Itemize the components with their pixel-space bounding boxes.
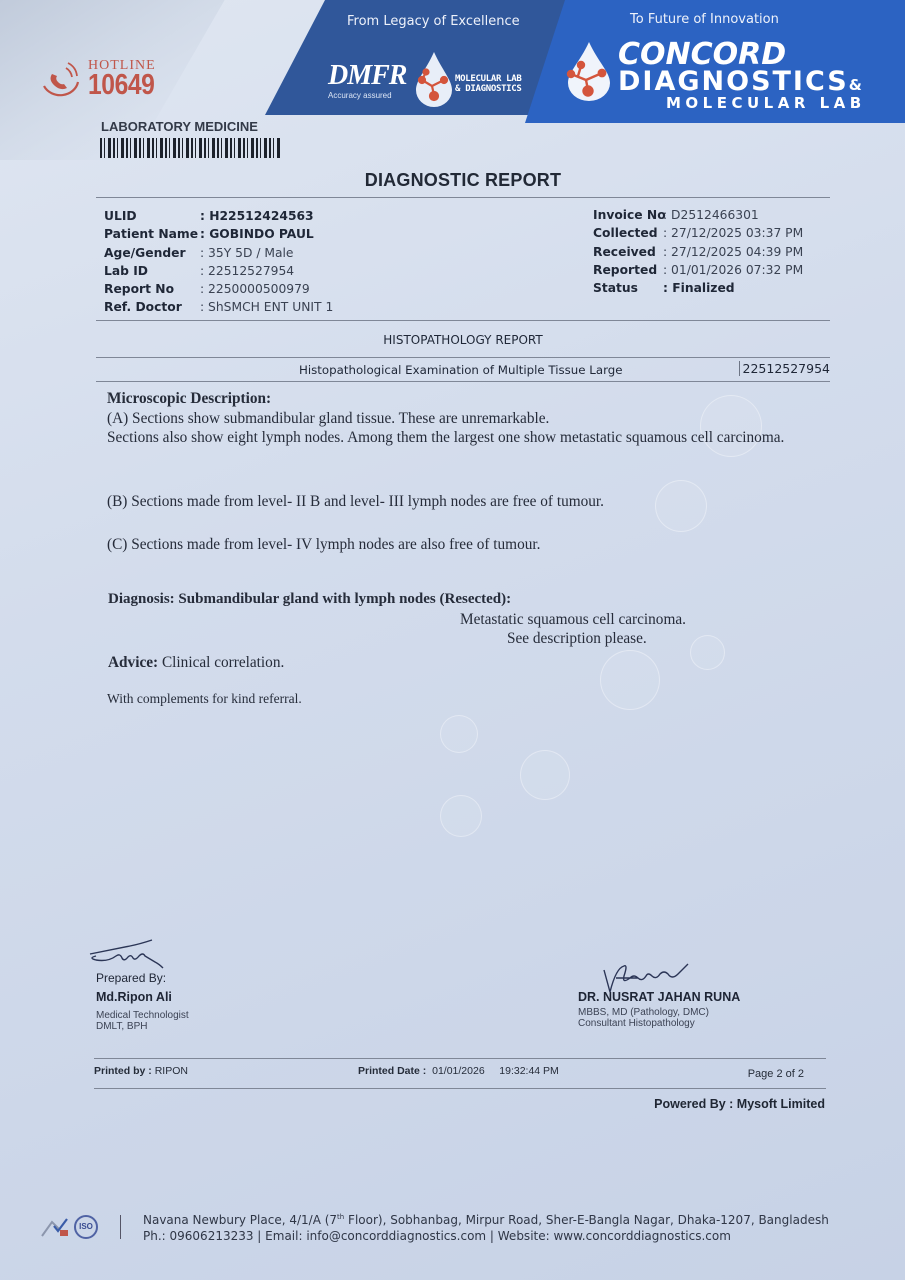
info-value: : ShSMCH ENT UNIT 1	[200, 298, 333, 316]
prepared-by-qualification: DMLT, BPH	[96, 1021, 189, 1032]
prepared-by-title: Medical Technologist	[96, 1010, 189, 1021]
info-label: ULID	[104, 207, 200, 225]
concord-drop-icon	[566, 40, 612, 102]
info-label: Status	[593, 279, 663, 297]
info-label: Collected	[593, 224, 663, 242]
advice-text: Clinical correlation.	[158, 654, 284, 671]
dmfr-division: MOLECULAR LAB & DIAGNOSTICS	[455, 74, 522, 94]
divider	[94, 1058, 826, 1059]
divider	[96, 381, 830, 382]
info-row: Collected: 27/12/2025 03:37 PM	[593, 224, 803, 242]
address: Navana Newbury Place, 4/1/A (7th Floor),…	[143, 1209, 829, 1244]
consultant-block: DR. NUSRAT JAHAN RUNA MBBS, MD (Patholog…	[578, 990, 740, 1029]
dmfr-brand: DMFR	[328, 62, 406, 90]
molecule-drop-icon	[414, 50, 454, 108]
hotline-text: HOTLINE 10649	[88, 59, 166, 98]
advice-label: Advice:	[108, 654, 158, 671]
advice: Advice: Clinical correlation.	[108, 653, 823, 672]
info-row: Report No: 2250000500979	[104, 280, 333, 298]
info-label: Patient Name	[104, 225, 200, 243]
info-label: Report No	[104, 280, 200, 298]
prepared-by-label: Prepared By:	[96, 970, 189, 987]
info-label: Invoice No	[593, 206, 663, 224]
dmfr-logo: DMFR Accuracy assured	[328, 62, 406, 100]
printed-time-value: 19:32:44 PM	[499, 1065, 559, 1077]
info-row: Invoice No: D2512466301	[593, 206, 803, 224]
concord-diagnostics-word: DIAGNOSTICS	[618, 66, 849, 97]
department-label: LABORATORY MEDICINE	[101, 119, 258, 134]
info-label: Received	[593, 243, 663, 261]
info-value: : 22512527954	[200, 262, 294, 280]
certifications: ISO	[40, 1215, 98, 1239]
dmfr-division-line1: MOLECULAR LAB	[455, 74, 522, 84]
divider	[96, 357, 830, 358]
info-label: Lab ID	[104, 262, 200, 280]
hotline-number[interactable]: 10649	[88, 72, 154, 98]
iso-badge-icon: ISO	[74, 1215, 98, 1239]
concord-molecular-lab: MOLECULAR LAB	[666, 96, 866, 111]
info-row: Lab ID: 22512527954	[104, 262, 333, 280]
divider	[96, 197, 830, 198]
prepared-by-name: Md.Ripon Ali	[96, 988, 189, 1006]
info-value: : D2512466301	[663, 206, 759, 224]
dmfr-subtitle: Accuracy assured	[328, 91, 406, 100]
address-line1-post: Floor), Sobhanbag, Mirpur Road, Sher-E-B…	[344, 1213, 829, 1227]
description-a-line2: Sections also show eight lymph nodes. Am…	[107, 428, 822, 447]
prepared-by-block: Prepared By: Md.Ripon Ali Medical Techno…	[96, 970, 189, 1032]
address-line1: Navana Newbury Place, 4/1/A (7th Floor),…	[143, 1209, 829, 1228]
phone-icon	[38, 56, 84, 100]
tagline-innovation: To Future of Innovation	[630, 12, 779, 27]
test-name: Histopathological Examination of Multipl…	[299, 363, 622, 377]
divider	[96, 320, 830, 321]
concord-diagnostics: DIAGNOSTICS&	[618, 68, 866, 95]
microscopic-heading: Microscopic Description:	[107, 389, 822, 408]
diagnosis-result-line1: Metastatic squamous cell carcinoma.	[460, 610, 760, 629]
decorative-molecule	[440, 715, 478, 753]
printed-date-label: Printed Date :	[358, 1065, 426, 1077]
complements-note: With complements for kind referral.	[107, 689, 822, 708]
info-value: : GOBINDO PAUL	[200, 225, 314, 243]
printed-date: Printed Date : 01/01/2026 19:32:44 PM	[358, 1065, 559, 1077]
page-indicator: Page 2 of 2	[748, 1068, 804, 1080]
info-value: : H22512424563	[200, 207, 314, 225]
barcode	[100, 138, 280, 158]
test-id: 22512527954	[739, 361, 830, 376]
info-row: Age/Gender: 35Y 5D / Male	[104, 244, 333, 262]
decorative-molecule	[440, 795, 482, 837]
report-page: From Legacy of Excellence To Future of I…	[0, 0, 905, 1280]
address-line2[interactable]: Ph.: 09606213233 | Email: info@concorddi…	[143, 1228, 829, 1244]
info-row: Ref. Doctor: ShSMCH ENT UNIT 1	[104, 298, 333, 316]
printed-date-value: 01/01/2026	[432, 1065, 485, 1077]
diagnosis-result: Metastatic squamous cell carcinoma. See …	[460, 610, 760, 648]
info-row: Received: 27/12/2025 04:39 PM	[593, 243, 803, 261]
description-c: (C) Sections made from level- IV lymph n…	[107, 535, 822, 554]
diagnosis-result-line2: See description please.	[460, 629, 760, 648]
concord-logo: CONCORD DIAGNOSTICS& MOLECULAR LAB	[618, 40, 866, 111]
info-value: : 2250000500979	[200, 280, 310, 298]
info-value: : 01/01/2026 07:32 PM	[663, 261, 803, 279]
address-line1-pre: Navana Newbury Place, 4/1/A (7	[143, 1213, 337, 1227]
concord-amp: &	[849, 76, 862, 94]
divider	[120, 1215, 121, 1239]
consultant-qualification: MBBS, MD (Pathology, DMC)	[578, 1007, 740, 1018]
divider	[94, 1088, 826, 1089]
patient-info: ULID: H22512424563Patient Name: GOBINDO …	[104, 207, 333, 317]
powered-by: Powered By : Mysoft Limited	[654, 1097, 825, 1111]
info-label: Ref. Doctor	[104, 298, 200, 316]
page-title: DIAGNOSTIC REPORT	[0, 170, 905, 191]
description-b: (B) Sections made from level- II B and l…	[107, 492, 822, 511]
info-value: : 27/12/2025 03:37 PM	[663, 224, 803, 242]
order-info: Invoice No: D2512466301Collected: 27/12/…	[593, 206, 803, 297]
accreditation-icon	[40, 1216, 70, 1238]
info-value: : 27/12/2025 04:39 PM	[663, 243, 803, 261]
tagline-legacy: From Legacy of Excellence	[347, 14, 520, 29]
dmfr-division-line2: & DIAGNOSTICS	[455, 84, 522, 94]
info-value: : 35Y 5D / Male	[200, 244, 294, 262]
info-row: Status: Finalized	[593, 279, 803, 297]
consultant-title: Consultant Histopathology	[578, 1018, 740, 1029]
info-row: Patient Name: GOBINDO PAUL	[104, 225, 333, 243]
signature-prepared-by	[86, 938, 176, 972]
printed-by: Printed by : RIPON	[94, 1065, 188, 1077]
consultant-name: DR. NUSRAT JAHAN RUNA	[578, 990, 740, 1004]
description-a-line1: (A) Sections show submandibular gland ti…	[107, 409, 822, 428]
info-label: Age/Gender	[104, 244, 200, 262]
printed-by-label: Printed by :	[94, 1065, 152, 1077]
address-footer: ISO Navana Newbury Place, 4/1/A (7th Flo…	[40, 1209, 829, 1244]
info-row: Reported: 01/01/2026 07:32 PM	[593, 261, 803, 279]
decorative-molecule	[520, 750, 570, 800]
test-row: Histopathological Examination of Multipl…	[96, 360, 830, 380]
info-row: ULID: H22512424563	[104, 207, 333, 225]
info-label: Reported	[593, 261, 663, 279]
section-title: HISTOPATHOLOGY REPORT	[0, 333, 905, 347]
diagnosis-heading: Diagnosis: Submandibular gland with lymp…	[108, 590, 823, 609]
printed-by-value: RIPON	[155, 1065, 188, 1077]
hotline: HOTLINE 10649	[38, 56, 166, 100]
info-value: : Finalized	[663, 279, 735, 297]
